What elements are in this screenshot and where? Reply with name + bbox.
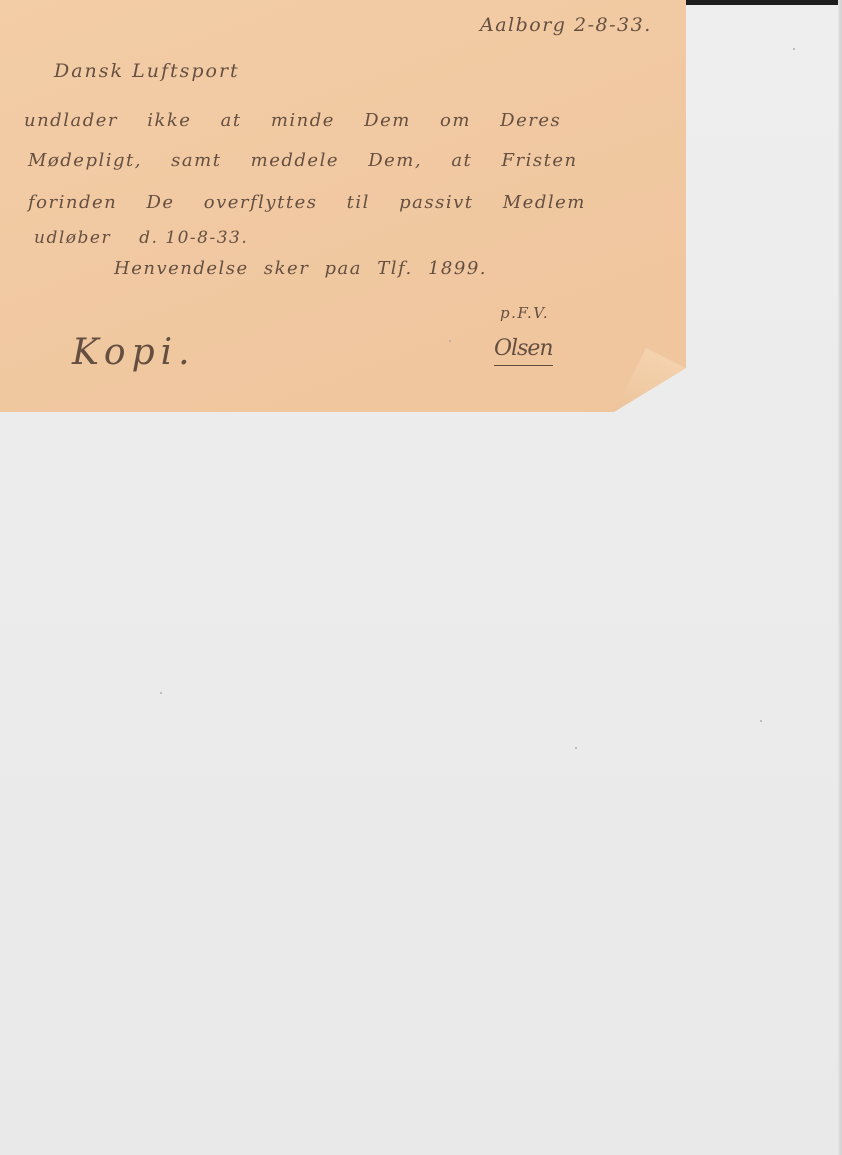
contact-line: Henvendelse sker paa Tlf. 1899.	[114, 258, 487, 279]
body-line-1: undlader ikke at minde Dem om Deres	[24, 110, 561, 131]
scanner-right-edge	[838, 0, 842, 1155]
body-line-3: forinden De overflyttes til passivt Medl…	[28, 192, 586, 213]
scan-speck	[760, 720, 762, 722]
addressee: Dansk Luftsport	[54, 60, 240, 82]
body-line-4: udløberd. 10-8-33.	[34, 228, 248, 248]
copy-annotation: Kopi.	[72, 332, 196, 373]
scan-speck	[160, 692, 162, 694]
signature: Olsen	[494, 336, 553, 366]
deadline-date: d. 10-8-33.	[139, 228, 248, 248]
body-line-4-text: udløber	[34, 228, 111, 248]
body-line-2: Mødepligt, samt meddele Dem, at Fristen	[28, 150, 578, 171]
place-date: Aalborg 2-8-33.	[480, 14, 652, 36]
ink-dot	[449, 340, 451, 342]
signature-prefix: p.F.V.	[500, 304, 549, 322]
scan-speck	[793, 48, 795, 50]
scan-speck	[575, 747, 577, 749]
scanner-top-edge	[684, 0, 842, 5]
